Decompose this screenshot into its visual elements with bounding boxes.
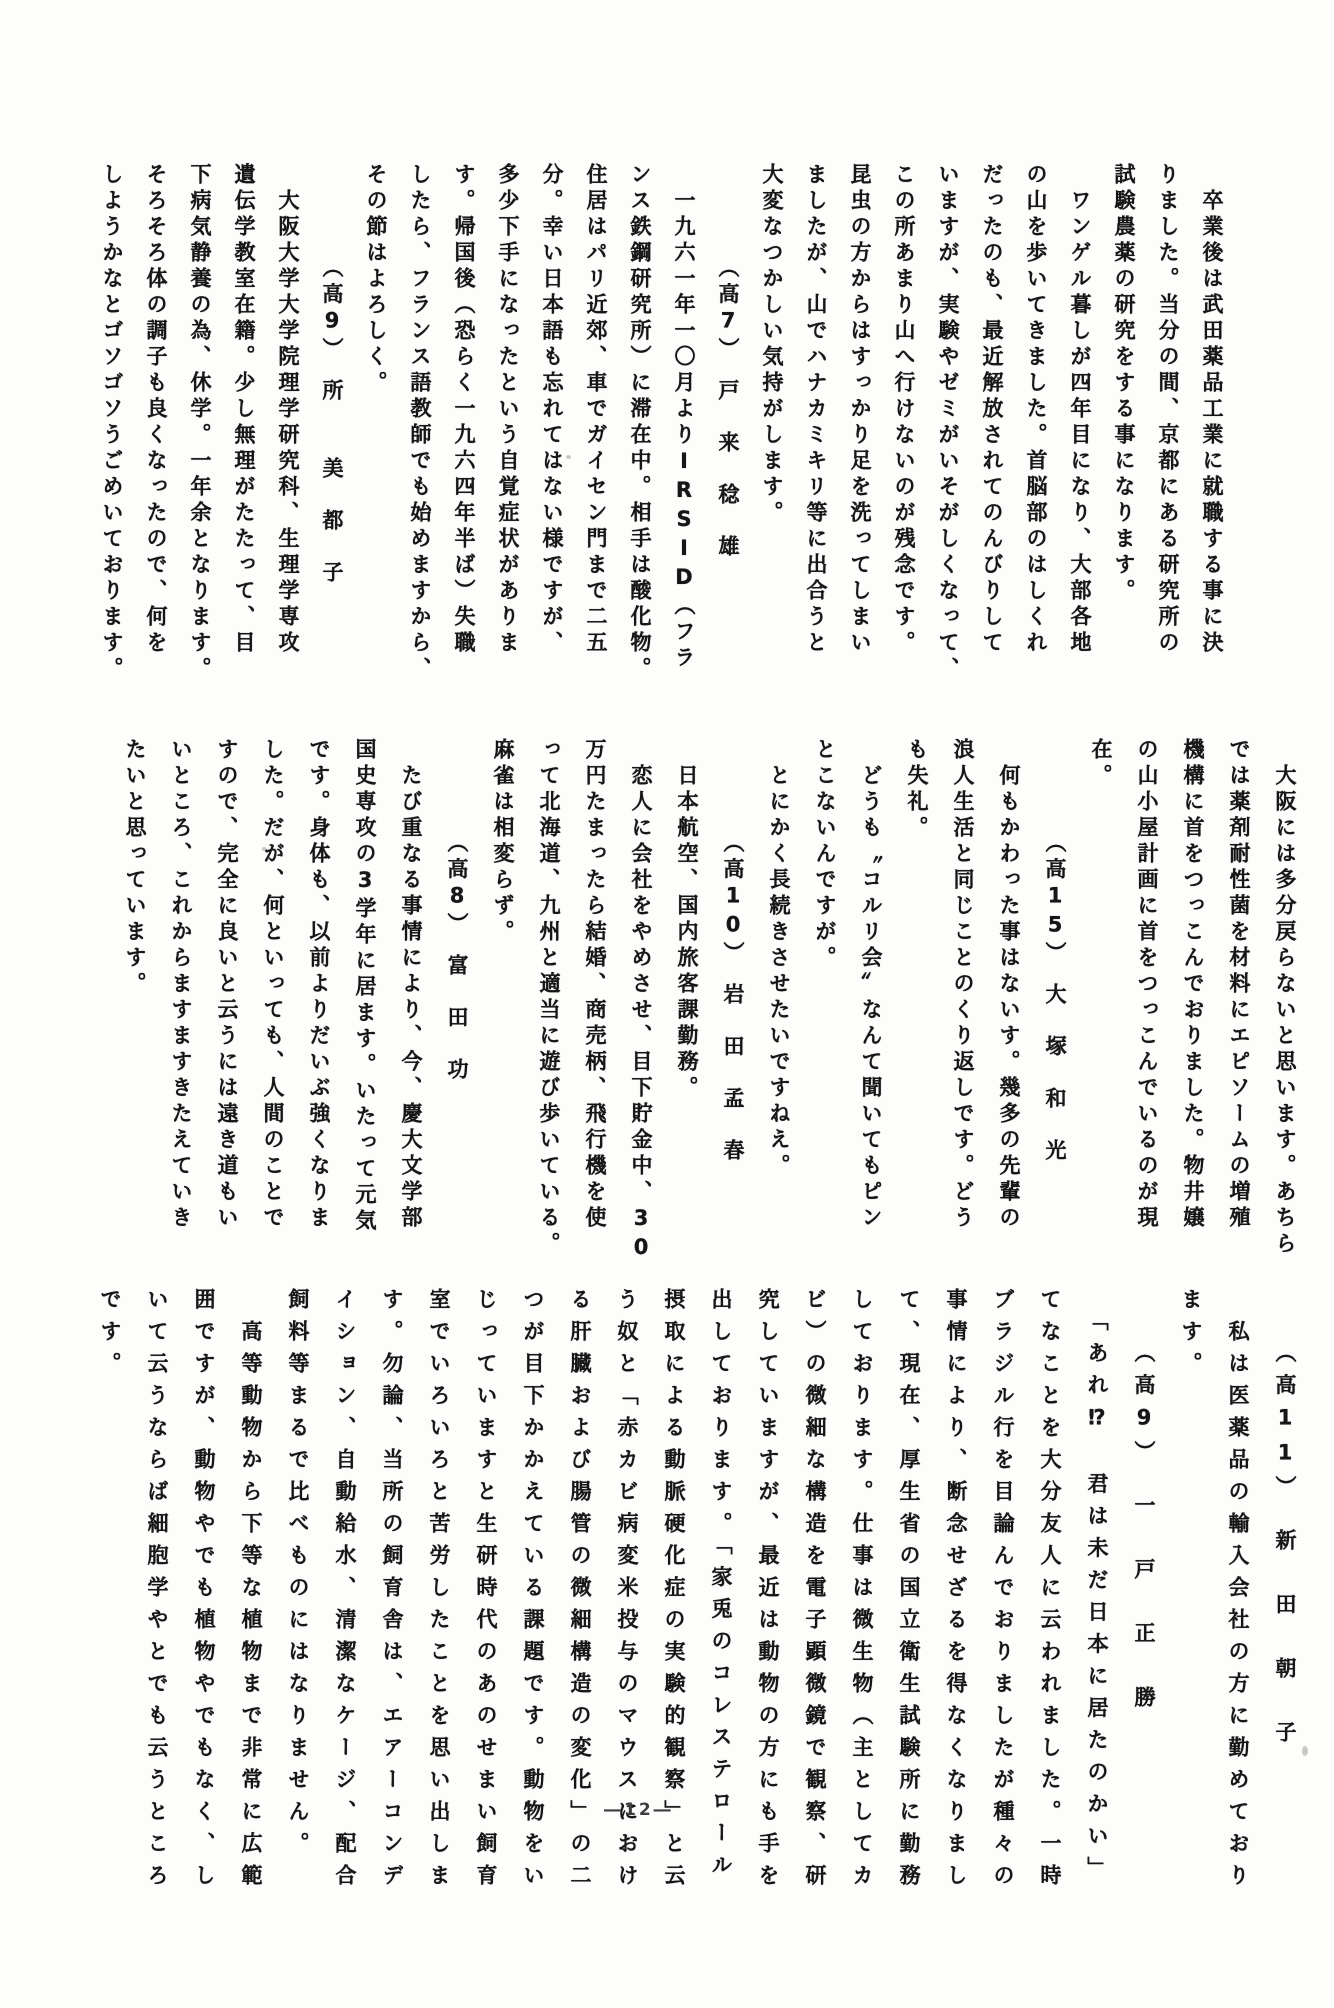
text-column: りました。当分の間、京都にある研究所の	[1146, 163, 1190, 708]
text-column: 国史専攻の3学年に居ます。いたって元気	[342, 738, 388, 1288]
text-column: 日本航空、国内旅客課勤務。	[664, 738, 710, 1288]
text-column: 卒業後は武田薬品工業に就職する事に決	[1190, 163, 1234, 708]
text-column: る肝臓および腸管の微細構造の変化」の二	[556, 1288, 603, 1938]
text-column: の山を歩いてきました。首脳部のはしくれ	[1014, 163, 1058, 708]
text-column: です。	[86, 1288, 133, 1938]
text-column: て、現在、厚生省の国立衛生試験所に勤務	[885, 1288, 932, 1938]
text-column: 大阪大学大学院理学研究科、生理学専攻	[266, 163, 310, 708]
scan-noise-speck	[1302, 1746, 1308, 1756]
text-column: しております。仕事は微生物（主としてカ	[838, 1288, 885, 1938]
text-column: 遺伝学教室在籍。少し無理がたたって、目	[222, 163, 266, 708]
text-column: （高8） 富 田 功	[434, 738, 480, 1288]
scan-noise-speck	[262, 847, 266, 851]
text-column: 昆虫の方からはすっかり足を洗ってしまい	[838, 163, 882, 708]
text-column: （高11） 新 田 朝 子	[1261, 1288, 1308, 1938]
text-column: 飼料等まるで比べものにはなりません。	[274, 1288, 321, 1938]
text-column: （高9） 一 戸 正 勝	[1120, 1288, 1167, 1938]
text-column: 万円たまったら結婚、商売柄、飛行機を使	[572, 738, 618, 1288]
text-column: 事情により、断念せざるを得なくなりまし	[932, 1288, 979, 1938]
text-column: （高10） 岩 田 孟 春	[710, 738, 756, 1288]
text-column: 「あれ⁉ 君は未だ日本に居たのかい」	[1073, 1288, 1120, 1938]
text-column: ます。	[1167, 1288, 1214, 1938]
text-column: すので、完全に良いと云うには遠き道もい	[204, 738, 250, 1288]
text-column: 在。	[1078, 738, 1124, 1288]
text-column: いところ、これからますますきたえていき	[158, 738, 204, 1288]
text-band-middle: 大阪には多分戻らないと思います。あちらでは薬剤耐性菌を材料にエピソームの増殖機構…	[112, 738, 1308, 1288]
scanned-newsletter-page: 卒業後は武田薬品工業に就職する事に決りました。当分の間、京都にある研究所の試験農…	[0, 0, 1334, 2008]
text-column: 麻雀は相変らず。	[480, 738, 526, 1288]
text-column: いますが、実験やゼミがいそがしくなって、	[926, 163, 970, 708]
text-column: す。帰国後（恐らく一九六四年半ば）失職	[442, 163, 486, 708]
text-column: たいと思っています。	[112, 738, 158, 1288]
text-column: 室でいろいろと苦労したことを思い出しま	[415, 1288, 462, 1938]
text-column: （高15） 大 塚 和 光	[1032, 738, 1078, 1288]
text-column: （高9） 所 美 都 子	[310, 163, 354, 708]
text-column: ワンゲル暮しが四年目になり、大部各地	[1058, 163, 1102, 708]
text-column: 浪人生活と同じことのくり返しです。どう	[940, 738, 986, 1288]
text-column: （高7） 戸 来 稔 雄	[706, 163, 750, 708]
text-column: とにかく長続きさせたいですねえ。	[756, 738, 802, 1288]
text-column: 大変なつかしい気持がします。	[750, 163, 794, 708]
text-column: 出しております。「家兎のコレステロール	[697, 1288, 744, 1938]
text-column: では薬剤耐性菌を材料にエピソームの増殖	[1216, 738, 1262, 1288]
text-column: ビ）の微細な構造を電子顕微鏡で観察、研	[791, 1288, 838, 1938]
text-column: 一九六一年一〇月よりIRSID（フラ	[662, 163, 706, 708]
text-column: たび重なる事情により、今、慶大文学部	[388, 738, 434, 1288]
text-column: です。身体も、以前よりだいぶ強くなりま	[296, 738, 342, 1288]
text-column: う奴と「赤カビ病変米投与のマウスにおけ	[603, 1288, 650, 1938]
text-band-bottom: （高11） 新 田 朝 子 私は医薬品の輸入会社の方に勤めております。 （高9）…	[86, 1288, 1308, 1938]
text-column: イション、自動給水、清潔なケージ、配合	[321, 1288, 368, 1938]
text-column: 何もかわった事はないす。幾多の先輩の	[986, 738, 1032, 1288]
text-column: 私は医薬品の輸入会社の方に勤めており	[1214, 1288, 1261, 1938]
text-column: の山小屋計画に首をつっこんでいるのが現	[1124, 738, 1170, 1288]
text-column: ブラジル行を目論んでおりましたが種々の	[979, 1288, 1026, 1938]
text-column: 大阪には多分戻らないと思います。あちら	[1262, 738, 1308, 1288]
text-column: 多少下手になったという自覚症状がありま	[486, 163, 530, 708]
text-column: 高等動物から下等な植物まで非常に広範	[227, 1288, 274, 1938]
text-column: 恋人に会社をやめさせ、目下貯金中、30	[618, 738, 664, 1288]
text-column: この所あまり山へ行けないのが残念です。	[882, 163, 926, 708]
text-column: そろそろ体の調子も良くなったので、何を	[134, 163, 178, 708]
text-column: てなことを大分友人に云われました。一時	[1026, 1288, 1073, 1938]
text-column: とこないんですが。	[802, 738, 848, 1288]
text-column: した。だが、何といっても、人間のことで	[250, 738, 296, 1288]
text-column: 下病気静養の為、休学。一年余となります。	[178, 163, 222, 708]
text-column: 究していますが、最近は動物の方にも手を	[744, 1288, 791, 1938]
text-column: したら、フランス語教師でも始めますから、	[398, 163, 442, 708]
text-column: ンス鉄鋼研究所）に滞在中。相手は酸化物。	[618, 163, 662, 708]
text-column: 住居はパリ近郊、車でガイセン門まで二五	[574, 163, 618, 708]
text-column: 分。幸い日本語も忘れてはない様ですが、	[530, 163, 574, 708]
text-band-top: 卒業後は武田薬品工業に就職する事に決りました。当分の間、京都にある研究所の試験農…	[90, 163, 1234, 708]
page-number: ―12―	[604, 1800, 674, 1820]
text-column: 機構に首をつっこんでおりました。物井嬢	[1170, 738, 1216, 1288]
text-column: って北海道、九州と適当に遊び歩いている。	[526, 738, 572, 1288]
text-column: つが目下かかえている課題です。動物をい	[509, 1288, 556, 1938]
text-column: ましたが、山でハナカミキリ等に出合うと	[794, 163, 838, 708]
text-column: 囲ですが、動物やでも植物やでもなく、し	[180, 1288, 227, 1938]
text-column: どうも〝コルリ会〟なんて聞いてもピン	[848, 738, 894, 1288]
text-column: しようかなとゴソゴソうごめいております。	[90, 163, 134, 708]
text-column: その節はよろしく。	[354, 163, 398, 708]
text-column: だったのも、最近解放されてのんびりして	[970, 163, 1014, 708]
text-column: いて云うならば細胞学やとでも云うところ	[133, 1288, 180, 1938]
text-column: じっていますと生研時代のあのせまい飼育	[462, 1288, 509, 1938]
scan-noise-speck	[566, 455, 571, 459]
text-column: 試験農薬の研究をする事になります。	[1102, 163, 1146, 708]
text-column: も失礼。	[894, 738, 940, 1288]
text-column: す。勿論、当所の飼育舎は、エアーコンデ	[368, 1288, 415, 1938]
text-column: 摂取による動脈硬化症の実験的観察」と云	[650, 1288, 697, 1938]
